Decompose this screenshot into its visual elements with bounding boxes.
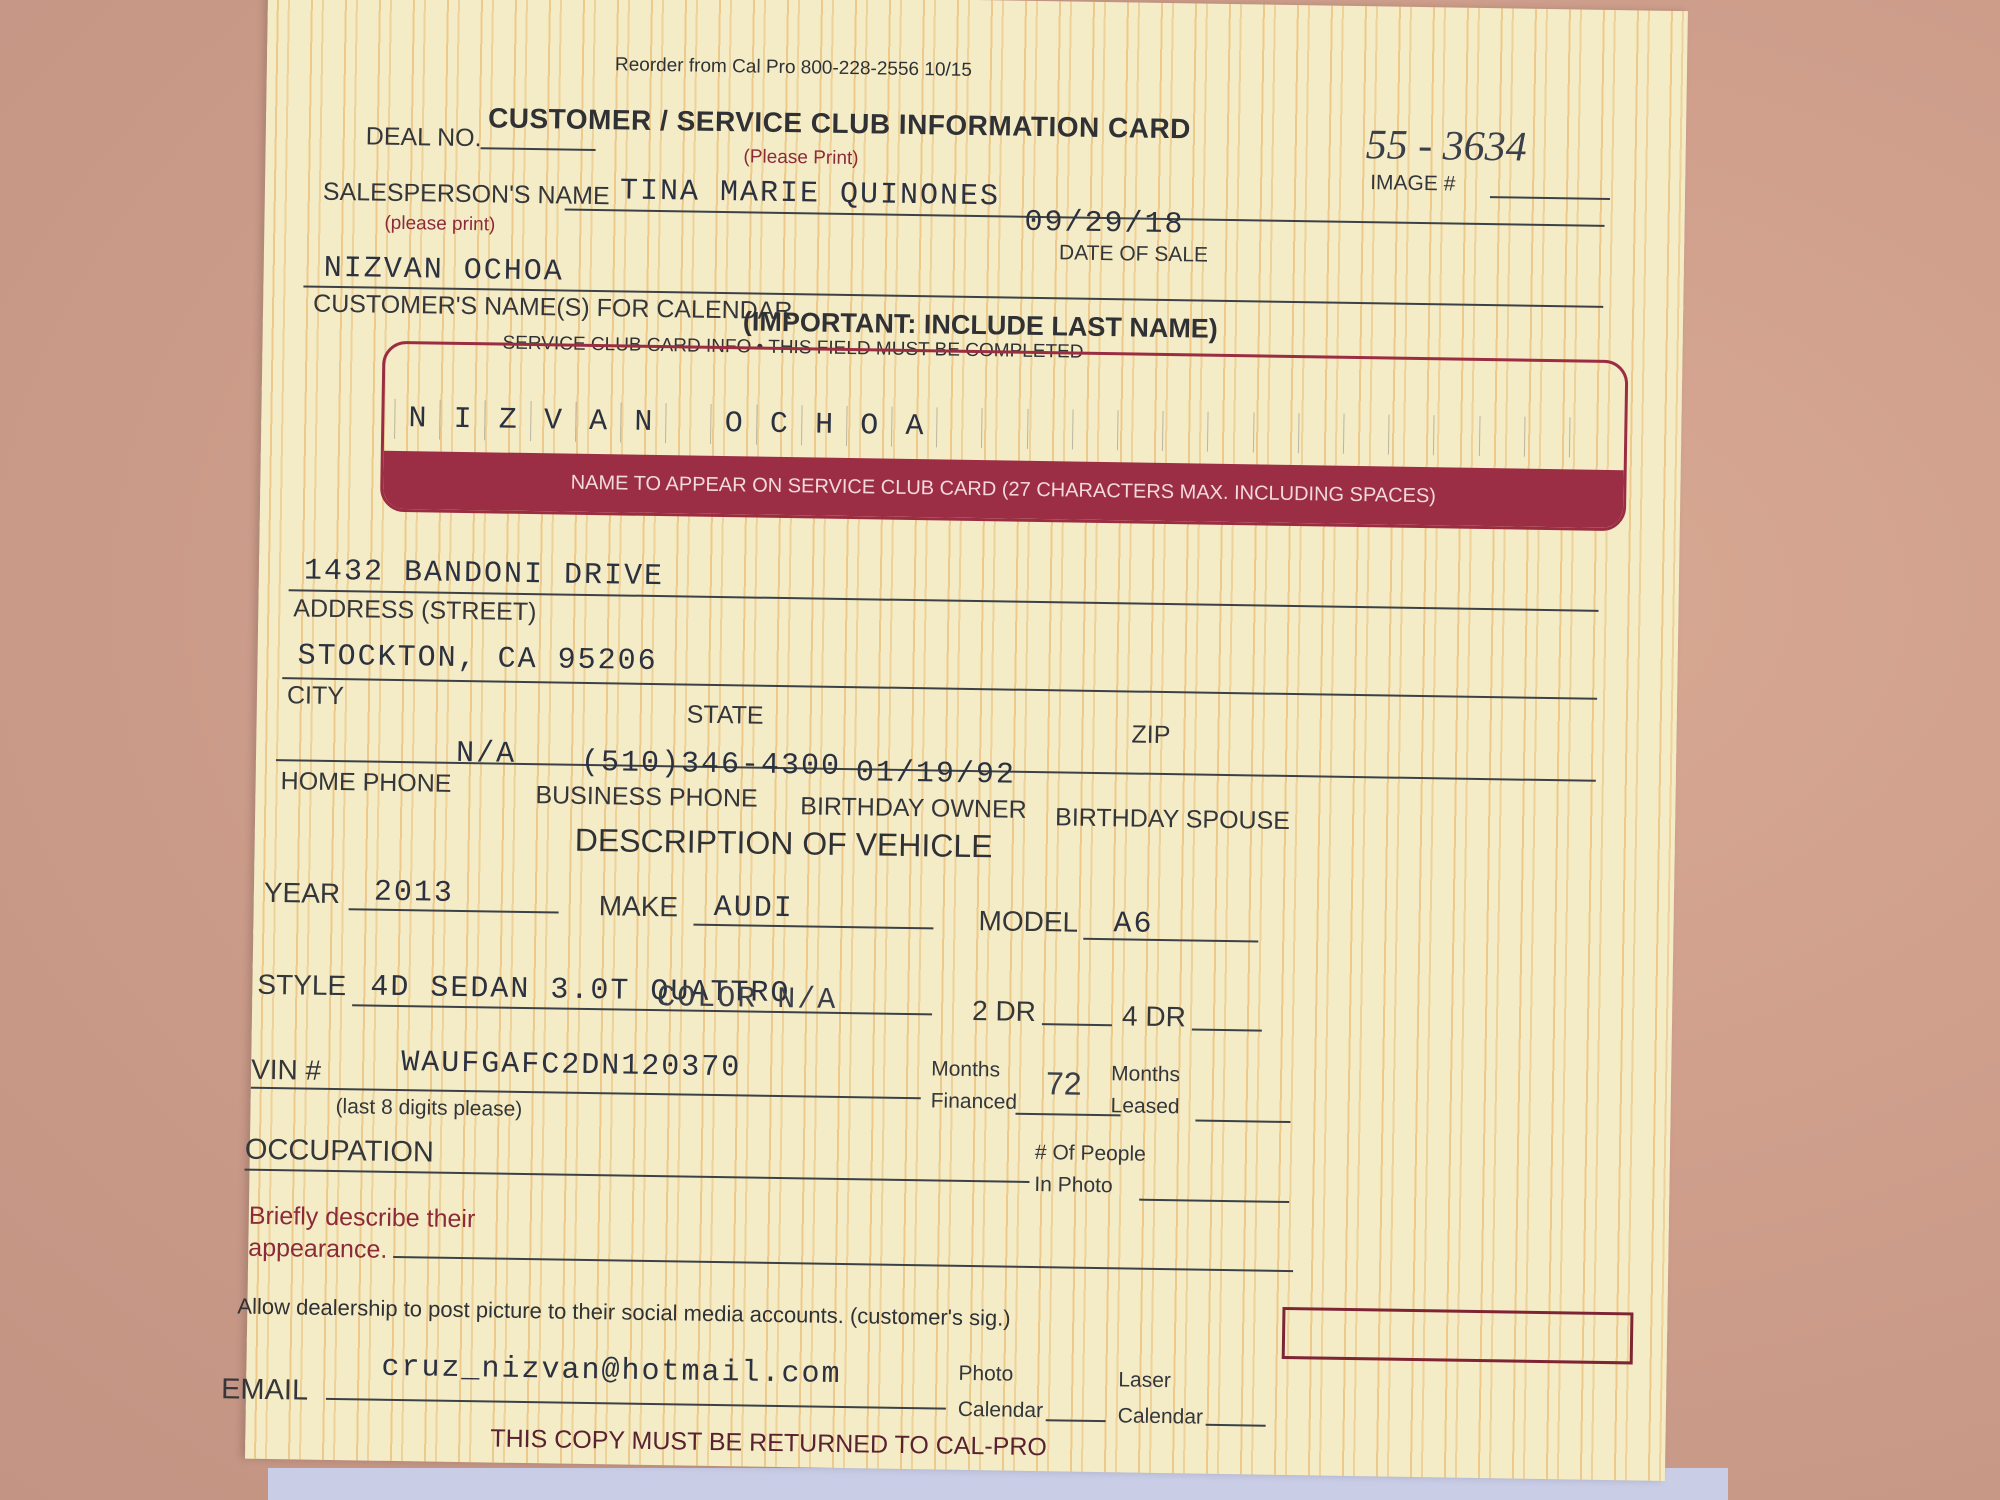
service-club-char-cell[interactable]: V <box>530 401 576 442</box>
city-state-zip-value[interactable]: STOCKTON, CA 95206 <box>297 639 658 679</box>
business-phone-label: BUSINESS PHONE <box>535 781 758 813</box>
service-club-char-cell[interactable] <box>981 408 1027 449</box>
two-door-field[interactable] <box>1042 1023 1112 1026</box>
salesperson-label: SALESPERSON'S NAME <box>323 178 610 212</box>
service-club-name-cells[interactable]: NIZVAN OCHOA <box>394 399 1614 458</box>
email-value[interactable]: cruz_nizvan@hotmail.com <box>381 1351 842 1392</box>
zip-label: ZIP <box>1131 721 1170 751</box>
service-club-char-cell[interactable] <box>1524 417 1570 458</box>
address-label: ADDRESS (STREET) <box>293 594 537 627</box>
service-club-char-cell[interactable] <box>1207 412 1253 453</box>
photo-calendar-label-2: Calendar <box>958 1398 1044 1423</box>
months-financed-line <box>1015 1113 1120 1117</box>
birthday-owner-label: BIRTHDAY OWNER <box>800 792 1027 825</box>
occupation-label: OCCUPATION <box>245 1134 435 1170</box>
make-line <box>693 924 933 930</box>
service-club-information-card: Reorder from Cal Pro 800-228-2556 10/15 … <box>245 0 1688 1481</box>
service-club-char-cell[interactable] <box>1569 417 1615 458</box>
people-in-photo-label-2: In Photo <box>1034 1173 1113 1198</box>
email-line <box>326 1398 946 1410</box>
four-door-label: 4 DR <box>1122 1000 1186 1033</box>
customer-name-label: CUSTOMER'S NAME(S) FOR CALENDAR <box>313 290 793 327</box>
city-line <box>282 677 1597 700</box>
service-club-char-cell[interactable]: N <box>620 402 666 443</box>
year-label: YEAR <box>264 877 341 910</box>
people-in-photo-field[interactable] <box>1139 1199 1289 1203</box>
date-of-sale-value[interactable]: 09/29/18 <box>1024 206 1185 243</box>
service-club-card-box: NIZVAN OCHOA NAME TO APPEAR ON SERVICE C… <box>380 341 1629 532</box>
image-number-label: IMAGE # <box>1370 171 1456 196</box>
image-number-value[interactable]: 55 - 3634 <box>1365 121 1527 172</box>
form-title: CUSTOMER / SERVICE CLUB INFORMATION CARD <box>488 102 1191 145</box>
customer-signature-box[interactable] <box>1282 1307 1634 1365</box>
service-club-char-cell[interactable]: O <box>846 406 892 447</box>
months-financed-label-1: Months <box>931 1057 1000 1082</box>
service-club-char-cell[interactable]: O <box>710 404 756 445</box>
months-financed-value[interactable]: 72 <box>1046 1065 1082 1103</box>
service-club-char-cell[interactable] <box>936 407 982 448</box>
months-leased-label-2: Leased <box>1110 1094 1179 1119</box>
date-of-sale-label: DATE OF SALE <box>1059 241 1208 267</box>
service-club-name-band: NAME TO APPEAR ON SERVICE CLUB CARD (27 … <box>383 451 1624 528</box>
laser-calendar-label-2: Calendar <box>1118 1404 1204 1429</box>
service-club-char-cell[interactable]: N <box>394 399 440 440</box>
service-club-char-cell[interactable] <box>1298 413 1344 454</box>
salesperson-value[interactable]: TINA MARIE QUINONES <box>620 174 1001 214</box>
model-label: MODEL <box>978 905 1078 939</box>
photo-calendar-label-1: Photo <box>958 1362 1013 1387</box>
salesperson-sublabel: (please print) <box>384 213 495 237</box>
months-leased-label-1: Months <box>1111 1062 1180 1087</box>
style-label: STYLE <box>257 969 346 1002</box>
appearance-field[interactable] <box>393 1256 1293 1272</box>
months-leased-field[interactable] <box>1195 1120 1290 1123</box>
return-notice: THIS COPY MUST BE RETURNED TO CAL-PRO <box>490 1425 1047 1463</box>
service-club-char-cell[interactable]: H <box>801 405 847 446</box>
email-label: EMAIL <box>221 1373 309 1407</box>
city-label: CITY <box>287 681 344 711</box>
year-value[interactable]: 2013 <box>374 876 455 911</box>
make-value[interactable]: AUDI <box>713 891 794 926</box>
home-phone-value[interactable]: N/A <box>456 737 517 772</box>
service-club-char-cell[interactable] <box>1478 416 1524 457</box>
occupation-field[interactable] <box>245 1169 1030 1183</box>
state-label: STATE <box>687 701 764 731</box>
service-club-char-cell[interactable] <box>1252 412 1298 453</box>
service-club-char-cell[interactable]: I <box>439 400 485 441</box>
service-club-char-cell[interactable]: A <box>575 402 621 443</box>
four-door-field[interactable] <box>1192 1028 1262 1031</box>
business-phone-value[interactable]: (510)346-4300 <box>581 746 842 784</box>
months-financed-label-2: Financed <box>931 1089 1018 1114</box>
deal-number-label: DEAL NO. <box>366 122 482 153</box>
appearance-label-1: Briefly describe their <box>249 1202 476 1235</box>
people-in-photo-label-1: # Of People <box>1035 1141 1146 1167</box>
service-club-char-cell[interactable]: A <box>891 407 937 448</box>
service-club-char-cell[interactable] <box>1072 410 1118 451</box>
please-print-note: (Please Print) <box>743 146 858 170</box>
vehicle-section-title: DESCRIPTION OF VEHICLE <box>574 822 992 866</box>
vin-value[interactable]: WAUFGAFC2DN120370 <box>401 1046 742 1085</box>
service-club-char-cell[interactable]: C <box>755 405 801 446</box>
reorder-notice: Reorder from Cal Pro 800-228-2556 10/15 <box>615 54 972 82</box>
model-value[interactable]: A6 <box>1113 907 1154 942</box>
service-club-char-cell[interactable] <box>1117 410 1163 451</box>
service-club-char-cell[interactable] <box>1433 415 1479 456</box>
service-club-char-cell[interactable] <box>1343 414 1389 455</box>
birthday-spouse-label: BIRTHDAY SPOUSE <box>1055 803 1290 836</box>
image-number-line <box>1490 196 1610 200</box>
address-value[interactable]: 1432 BANDONI DRIVE <box>304 554 665 594</box>
service-club-char-cell[interactable] <box>1027 409 1073 450</box>
service-club-char-cell[interactable] <box>1388 415 1434 456</box>
service-club-char-cell[interactable] <box>665 403 711 444</box>
laser-calendar-label-1: Laser <box>1118 1368 1171 1393</box>
two-door-label: 2 DR <box>972 995 1036 1028</box>
laser-calendar-field[interactable] <box>1206 1424 1266 1427</box>
appearance-label-2: appearance. <box>248 1234 387 1265</box>
vin-sublabel: (last 8 digits please) <box>335 1095 522 1122</box>
birthday-owner-value[interactable]: 01/19/92 <box>856 756 1017 793</box>
make-label: MAKE <box>598 890 678 923</box>
photo-calendar-field[interactable] <box>1046 1419 1106 1422</box>
model-line <box>1083 938 1258 943</box>
customer-name-value[interactable]: NIZVAN OCHOA <box>323 252 564 290</box>
deal-number-field[interactable] <box>481 147 596 151</box>
vin-label: VIN # <box>251 1054 322 1087</box>
service-club-char-cell[interactable] <box>1162 411 1208 452</box>
service-club-char-cell[interactable]: Z <box>484 400 530 441</box>
year-line <box>349 908 559 913</box>
social-media-consent-label: Allow dealership to post picture to thei… <box>237 1294 1011 1332</box>
home-phone-label: HOME PHONE <box>280 767 451 799</box>
